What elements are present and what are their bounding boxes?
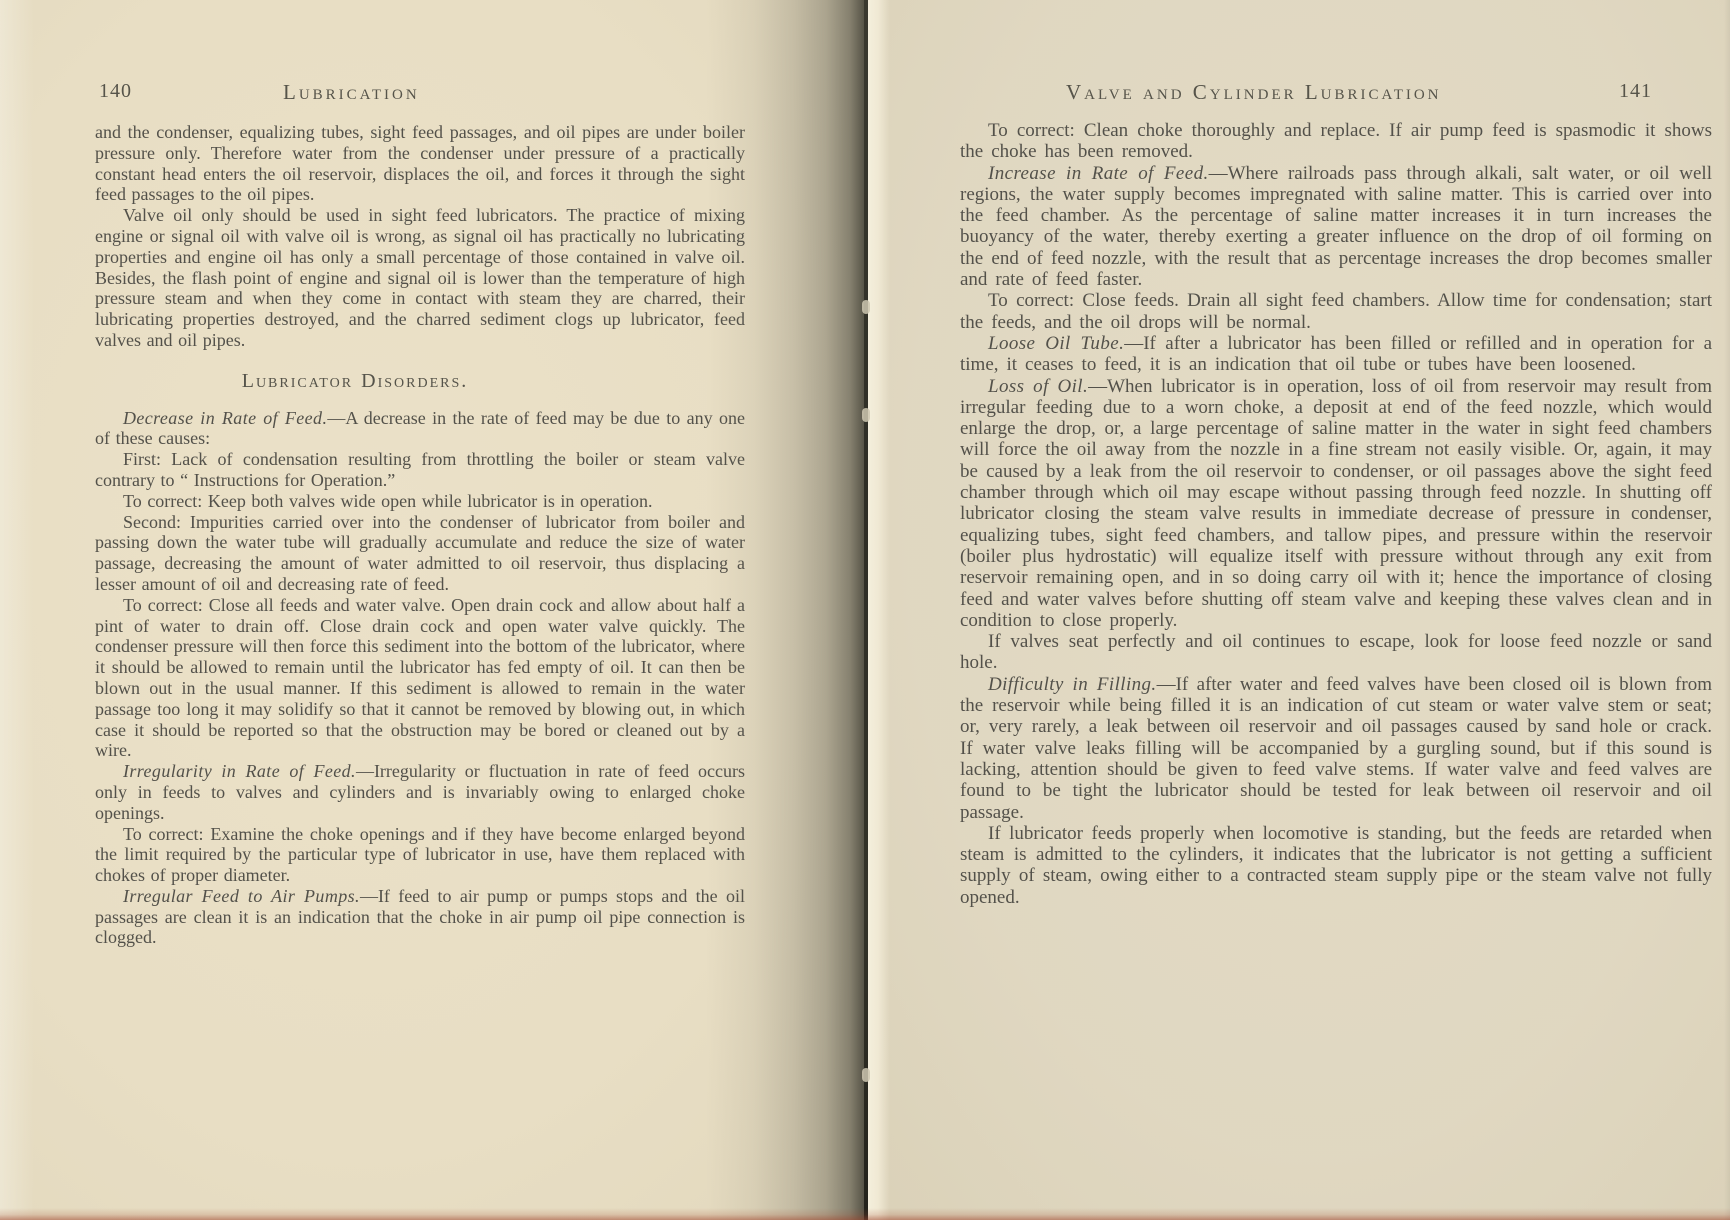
right-page: Valve and Cylinder Lubrication 141 To co… <box>866 0 1730 1220</box>
paragraph: To correct: Close all feeds and water va… <box>95 595 745 761</box>
paragraph: To correct: Examine the choke openings a… <box>95 824 745 886</box>
binding-stitch <box>862 300 870 314</box>
right-page-number: 141 <box>1619 80 1652 103</box>
paragraph-lead: Irregularity in Rate of Feed. <box>123 761 356 781</box>
left-running-head: Lubrication <box>283 80 420 105</box>
paragraph: Loose Oil Tube.—If after a lubricator ha… <box>960 333 1712 376</box>
binding-line <box>864 0 868 1220</box>
paragraph: Decrease in Rate of Feed.—A decrease in … <box>95 408 745 450</box>
paragraph-lead: Difficulty in Filling. <box>988 674 1157 695</box>
paragraph-lead: Decrease in Rate of Feed. <box>123 408 327 428</box>
paragraph: Irregularity in Rate of Feed.—Irregulari… <box>95 761 745 823</box>
right-running-head: Valve and Cylinder Lubrication <box>1066 80 1442 105</box>
binding-stitch <box>862 408 870 422</box>
binding-stitch <box>862 1068 870 1082</box>
paragraph: Difficulty in Filling.—If after water an… <box>960 674 1712 823</box>
paragraph-lead: Loss of Oil. <box>988 376 1088 397</box>
paragraph: Irregular Feed to Air Pumps.—If feed to … <box>95 886 745 948</box>
paragraph-lead: Increase in Rate of Feed. <box>988 163 1209 184</box>
left-page-number: 140 <box>99 80 132 103</box>
paragraph: Loss of Oil.—When lubricator is in opera… <box>960 376 1712 632</box>
paragraph: To correct: Close feeds. Drain all sight… <box>960 290 1712 333</box>
paragraph: If valves seat perfectly and oil continu… <box>960 631 1712 674</box>
paragraph: Valve oil only should be used in sight f… <box>95 205 745 351</box>
paragraph: To correct: Clean choke thoroughly and r… <box>960 120 1712 163</box>
left-page: 140 Lubrication and the condenser, equal… <box>0 0 866 1220</box>
right-page-header: Valve and Cylinder Lubrication 141 <box>960 80 1710 106</box>
section-heading: Lubricator Disorders. <box>95 371 615 392</box>
right-page-body: To correct: Clean choke thoroughly and r… <box>960 120 1712 908</box>
paragraph: Second: Impurities carried over into the… <box>95 512 745 595</box>
paragraph: First: Lack of condensation resulting fr… <box>95 449 745 491</box>
left-page-header: 140 Lubrication <box>95 80 745 106</box>
paragraph: Increase in Rate of Feed.—Where railroad… <box>960 163 1712 291</box>
paragraph: To correct: Keep both valves wide open w… <box>95 491 745 512</box>
book-spread: 140 Lubrication and the condenser, equal… <box>0 0 1730 1220</box>
left-page-body: and the condenser, equalizing tubes, sig… <box>95 122 745 948</box>
paragraph: If lubricator feeds properly when locomo… <box>960 823 1712 908</box>
paragraph-lead: Loose Oil Tube. <box>988 333 1124 354</box>
paragraph: and the condenser, equalizing tubes, sig… <box>95 122 745 205</box>
paragraph-lead: Irregular Feed to Air Pumps. <box>123 886 360 906</box>
